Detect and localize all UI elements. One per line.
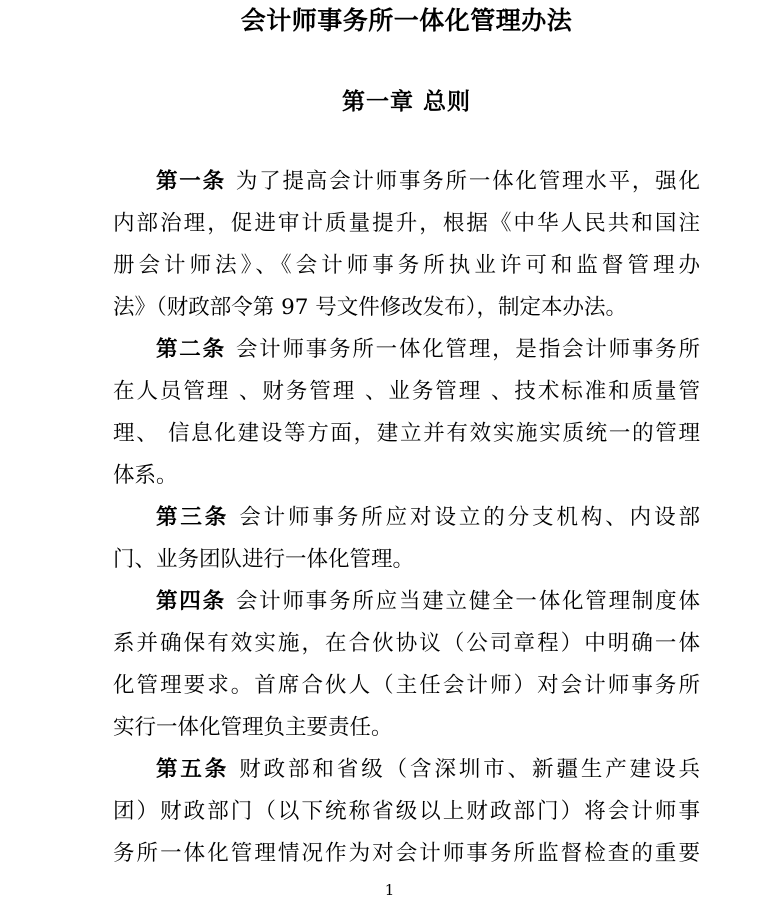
page-number: 1	[0, 880, 779, 900]
text-line: 门、业务团队进行一体化管理。	[113, 539, 700, 581]
paragraph-first-line: 第二条会计师事务所一体化管理，是指会计师事务所	[113, 329, 700, 371]
text-line: 内部治理，促进审计质量提升，根据《中华人民共和国注	[113, 203, 700, 245]
line-text: 会计师事务所应对设立的分支机构、内设部	[239, 505, 700, 530]
text-line: 务所一体化管理情况作为对会计师事务所监督检查的重要	[113, 833, 700, 875]
text-line: 实行一体化管理负主要责任。	[113, 707, 700, 749]
line-text: 会计师事务所应当建立健全一体化管理制度体	[236, 589, 700, 614]
text-line: 体系。	[113, 455, 700, 497]
text-line: 在人员管理 、财务管理 、业务管理 、技术标准和质量管	[113, 371, 700, 413]
text-line: 法》（财政部令第 97 号文件修改发布），制定本办法。	[113, 287, 700, 329]
chapter-heading: 第一章 总则	[113, 87, 700, 117]
text-line: 团）财政部门（以下统称省级以上财政部门）将会计师事	[113, 791, 700, 833]
paragraph-first-line: 第三条会计师事务所应对设立的分支机构、内设部	[113, 497, 700, 539]
document-body: 第一条为了提高会计师事务所一体化管理水平，强化内部治理，促进审计质量提升，根据《…	[113, 161, 700, 875]
text-line: 化管理要求。首席合伙人（主任会计师）对会计师事务所	[113, 665, 700, 707]
line-text: 会计师事务所一体化管理，是指会计师事务所	[236, 337, 700, 362]
text-line: 理、 信息化建设等方面，建立并有效实施实质统一的管理	[113, 413, 700, 455]
article-number: 第二条	[156, 337, 226, 362]
article-number: 第五条	[156, 757, 229, 782]
article-number: 第一条	[156, 169, 226, 194]
article-number: 第四条	[156, 589, 226, 614]
line-text: 财政部和省级（含深圳市、新疆生产建设兵	[239, 757, 700, 782]
paragraph-first-line: 第四条会计师事务所应当建立健全一体化管理制度体	[113, 581, 700, 623]
document-title: 会计师事务所一体化管理办法	[113, 0, 700, 37]
paragraph-first-line: 第一条为了提高会计师事务所一体化管理水平，强化	[113, 161, 700, 203]
paragraph-first-line: 第五条财政部和省级（含深圳市、新疆生产建设兵	[113, 749, 700, 791]
article-number: 第三条	[156, 505, 229, 530]
text-line: 系并确保有效实施，在合伙协议（公司章程）中明确一体	[113, 623, 700, 665]
document-page: 会计师事务所一体化管理办法 第一章 总则 第一条为了提高会计师事务所一体化管理水…	[0, 0, 779, 903]
text-line: 册会计师法》、《会计师事务所执业许可和监督管理办	[113, 245, 700, 287]
line-text: 为了提高会计师事务所一体化管理水平，强化	[236, 169, 700, 194]
